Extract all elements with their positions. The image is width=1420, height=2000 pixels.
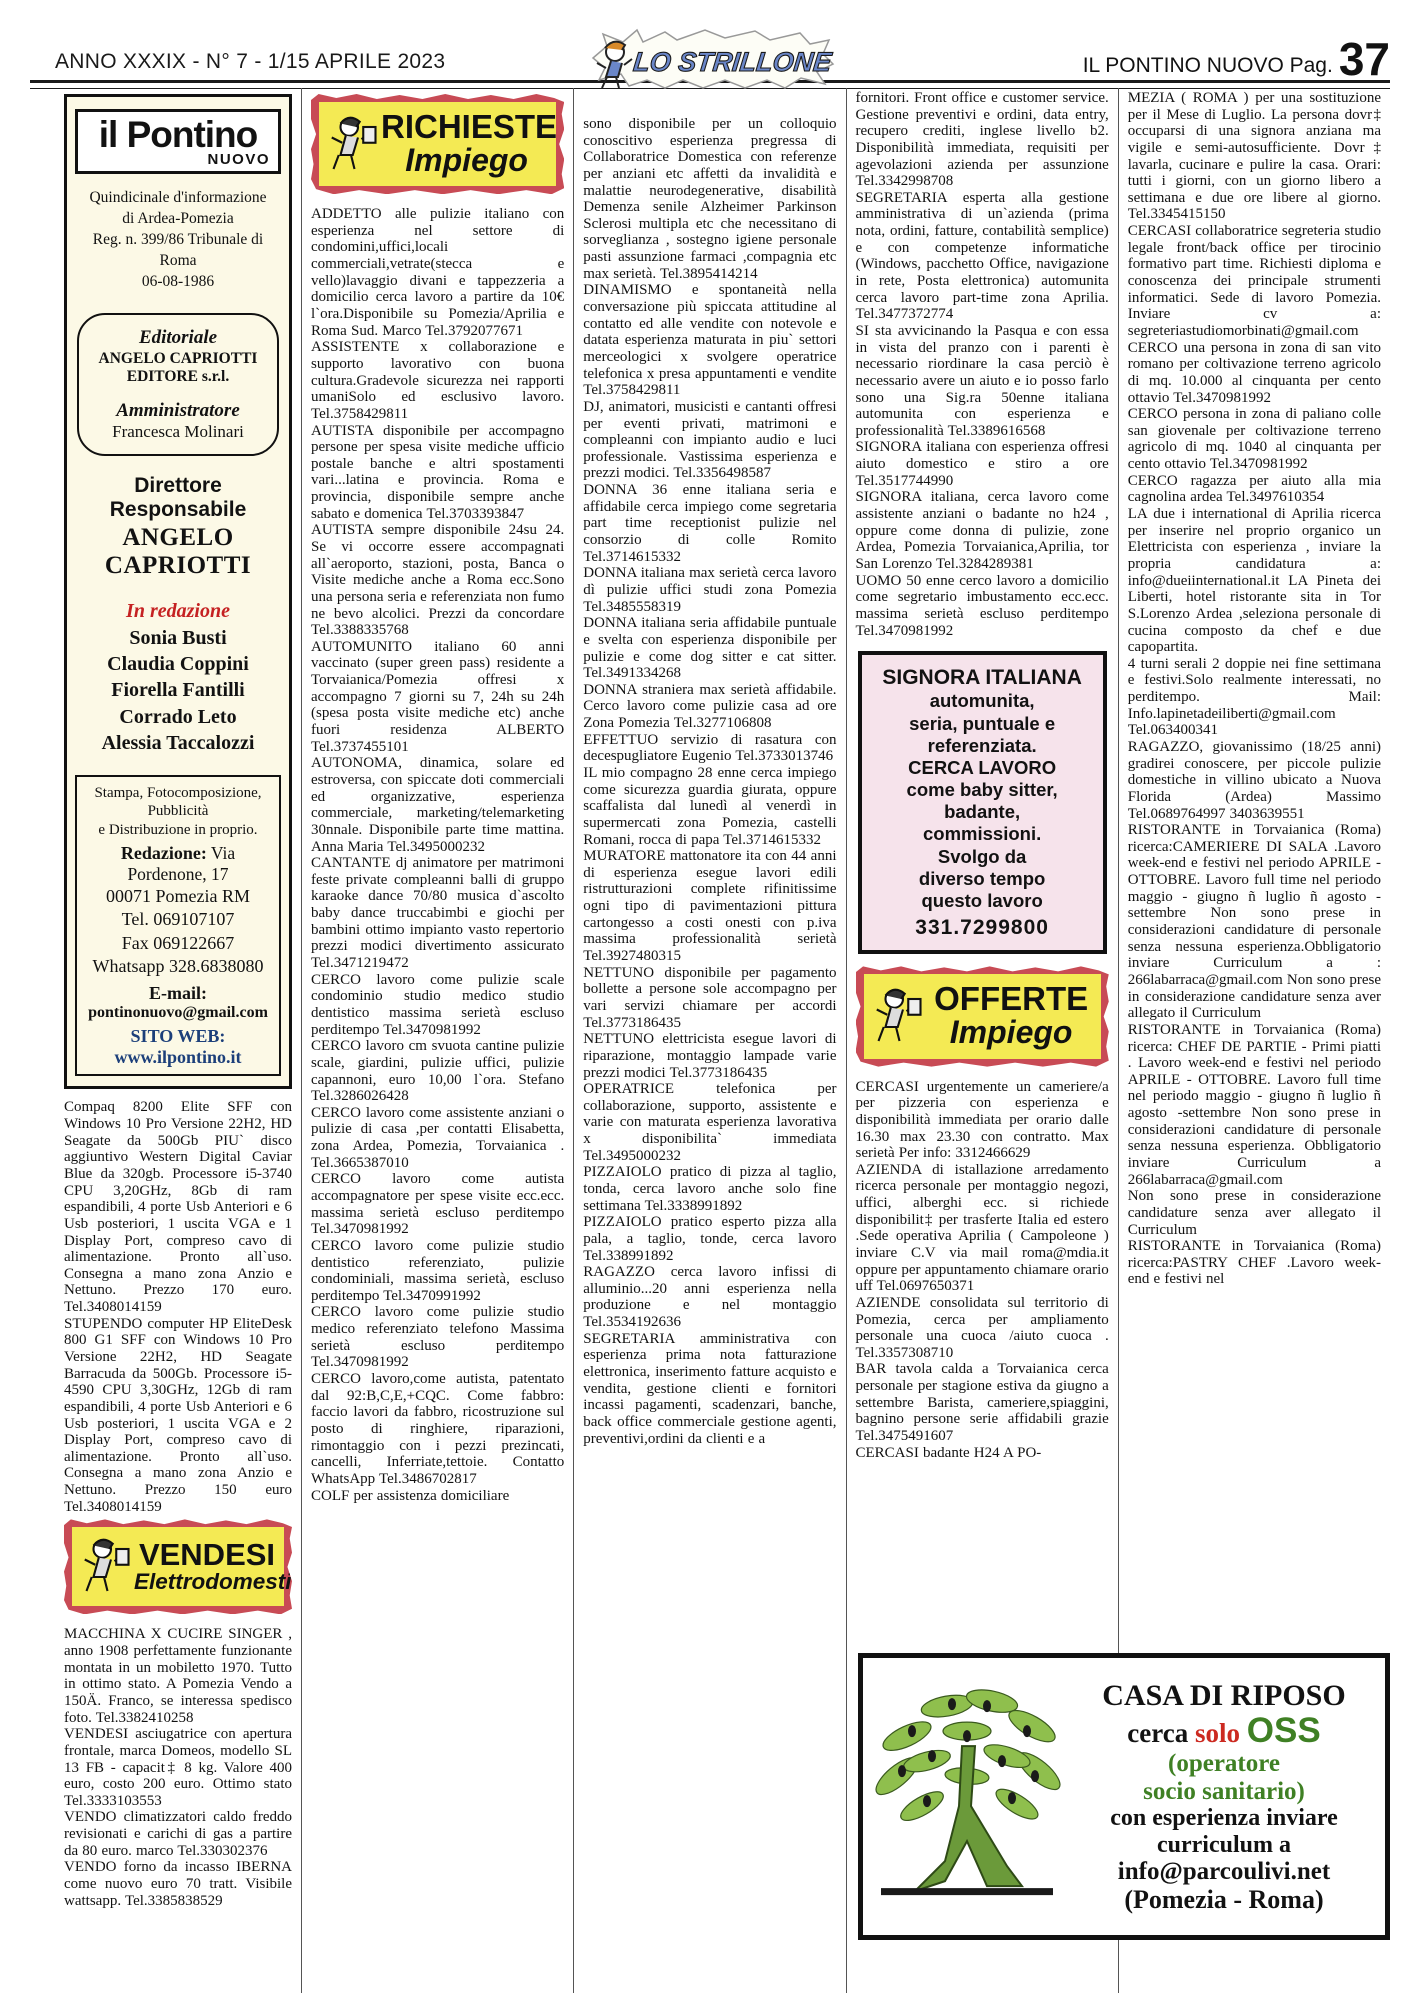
classified-ad: DONNA italiana max serietà cerca lavoro … bbox=[583, 565, 836, 615]
text-line: CERCA LAVORO bbox=[864, 757, 1101, 779]
text-line: referenziata. bbox=[864, 735, 1101, 757]
classified-ad: AUTONOMA, dinamica, solare ed estroversa… bbox=[311, 755, 564, 855]
offerte-impiego-banner: OFFERTE Impiego bbox=[856, 966, 1109, 1066]
casa-oss: OSS bbox=[1247, 1711, 1321, 1750]
casa-ad-cerca-line: cerca solo OSS bbox=[1067, 1712, 1381, 1751]
classified-ad: IL mio compagno 28 enne cerca impiego co… bbox=[583, 765, 836, 848]
classified-ad: RAGAZZO, giovanissimo (18/25 anni) gradi… bbox=[1128, 739, 1381, 822]
classified-ad: SIGNORA italiana, cerca lavoro come assi… bbox=[856, 489, 1109, 572]
banner-title: RICHIESTE bbox=[381, 110, 552, 143]
address-line: Redazione: Via Pordenone, 17 bbox=[80, 843, 276, 885]
casa-email: info@parcoulivi.net bbox=[1067, 1858, 1381, 1886]
text-line: questo lavoro bbox=[864, 890, 1101, 912]
signora-italiana-boxed-ad: SIGNORA ITALIANAautomunita,seria, puntua… bbox=[858, 651, 1107, 954]
casa-ad-text: CASA DI RIPOSO cerca solo OSS (operatore… bbox=[1067, 1679, 1381, 1914]
redazione-label: In redazione bbox=[75, 600, 281, 623]
newsboy-icon bbox=[76, 1535, 132, 1598]
classified-ad: PIZZAIOLO pratico di pizza al taglio, to… bbox=[583, 1164, 836, 1214]
classified-ad: DONNA italiana seria affidabile puntuale… bbox=[583, 615, 836, 682]
logo-text: LO STRILLONE bbox=[632, 46, 834, 77]
classified-ad: AUTISTA disponibile per accompagno perso… bbox=[311, 423, 564, 523]
classified-ad: CERCASI urgentemente un cameriere/a per … bbox=[856, 1079, 1109, 1162]
classified-ad: CERCO lavoro come pulizie studio dentist… bbox=[311, 1238, 564, 1305]
classified-ad: VENDO climatizzatori caldo freddo revisi… bbox=[64, 1809, 292, 1859]
classified-ad: UOMO 50 enne cerco lavoro a domicilio co… bbox=[856, 573, 1109, 640]
casa-cerca: cerca bbox=[1127, 1718, 1188, 1748]
text-line: e Distribuzione in proprio. bbox=[80, 821, 276, 840]
text-line: 331.7299800 bbox=[864, 912, 1101, 940]
newsboy-icon bbox=[868, 985, 924, 1048]
text-line: Stampa, Fotocomposizione, Pubblicità bbox=[80, 784, 276, 822]
admin-label: Amministratore bbox=[83, 400, 273, 422]
email-label: E-mail: bbox=[149, 983, 207, 1003]
text-line: Claudia Coppini bbox=[75, 651, 281, 677]
text-line: di Ardea-Pomezia bbox=[75, 209, 281, 230]
classified-ad: CERCO persona in zona di paliano colle s… bbox=[1128, 406, 1381, 473]
classified-ad: SI sta avvicinando la Pasqua e con essa … bbox=[856, 323, 1109, 439]
banner-subtitle: Impiego bbox=[381, 143, 552, 178]
offerte-banner-text: OFFERTE Impiego bbox=[926, 982, 1097, 1050]
address-lines: 00071 Pomezia RMTel. 069107107Fax 069122… bbox=[80, 885, 276, 979]
text-line: badante, bbox=[864, 801, 1101, 823]
email-value: pontinonuovo@gmail.com bbox=[88, 1004, 268, 1021]
richieste-banner-text: RICHIESTE Impiego bbox=[381, 110, 552, 178]
classified-ad: RAGAZZO cerca lavoro infissi di allumini… bbox=[583, 1264, 836, 1331]
admin-name: Francesca Molinari bbox=[83, 422, 273, 442]
classified-ad: fornitori. Front office e customer servi… bbox=[856, 90, 1109, 190]
col2-ads: ADDETTO alle pulizie italiano con esperi… bbox=[311, 206, 564, 1504]
text-line: Svolgo da bbox=[864, 846, 1101, 868]
vendesi-banner-text: VENDESI Elettrodomestici bbox=[134, 1539, 280, 1595]
classified-ad: CERCO ragazza per aiuto alla mia cagnoli… bbox=[1128, 473, 1381, 506]
banner-subtitle: Elettrodomestici bbox=[134, 1570, 280, 1595]
pontino-logo-title: il Pontino bbox=[86, 116, 270, 153]
classified-ad: ADDETTO alle pulizie italiano con esperi… bbox=[311, 206, 564, 339]
col4-ads-bottom: CERCASI urgentemente un cameriere/a per … bbox=[856, 1079, 1109, 1462]
banner-subtitle: Impiego bbox=[926, 1015, 1097, 1050]
text-line: seria, puntuale e bbox=[864, 713, 1101, 735]
classified-ad: RISTORANTE in Torvaianica (Roma) ricerca… bbox=[1128, 1022, 1381, 1188]
classified-ad: SIGNORA italiana con esperienza offresi … bbox=[856, 439, 1109, 489]
text-line: automunita, bbox=[864, 690, 1101, 712]
website-value: www.ilpontino.it bbox=[114, 1047, 241, 1067]
col1-ads-top: Compaq 8200 Elite SFF con Windows 10 Pro… bbox=[64, 1099, 292, 1515]
text-line: Quindicinale d'informazione bbox=[75, 188, 281, 209]
classified-ad: STUPENDO computer HP EliteDesk 800 G1 SF… bbox=[64, 1316, 292, 1516]
issue-info: ANNO XXXIX - N° 7 - 1/15 APRILE 2023 bbox=[55, 50, 445, 74]
column-2: RICHIESTE Impiego ADDETTO alle pulizie i… bbox=[301, 88, 573, 1993]
classified-ad: AZIENDA di istallazione arredamento rice… bbox=[856, 1162, 1109, 1295]
classified-ad: AUTISTA sempre disponibile 24su 24. Se v… bbox=[311, 522, 564, 638]
vendesi-banner: VENDESI Elettrodomestici bbox=[64, 1519, 292, 1614]
classified-ad: CERCO lavoro,come autista, patentato dal… bbox=[311, 1371, 564, 1487]
classified-ad: Non sono prese in considerazione candida… bbox=[1128, 1188, 1381, 1238]
col5-ads: MEZIA ( ROMA ) per una sostituzione per … bbox=[1128, 90, 1381, 1288]
classified-ad: DONNA 36 enne italiana seria e affidabil… bbox=[583, 482, 836, 565]
classified-ad: NETTUNO elettricista esegue lavori di ri… bbox=[583, 1031, 836, 1081]
print-info-box: Stampa, Fotocomposizione, Pubblicitàe Di… bbox=[75, 775, 281, 1077]
classified-ad: CERCO lavoro come autista accompagnatore… bbox=[311, 1171, 564, 1238]
text-line: come baby sitter, bbox=[864, 779, 1101, 801]
text-line: Alessia Taccalozzi bbox=[75, 730, 281, 756]
classified-ad: CERCO lavoro cm svuota cantine pulizie s… bbox=[311, 1038, 564, 1105]
richieste-impiego-banner: RICHIESTE Impiego bbox=[311, 94, 564, 194]
classified-ad: CERCO lavoro come assistente anziani o p… bbox=[311, 1105, 564, 1172]
classified-ad: VENDO forno da incasso IBERNA come nuovo… bbox=[64, 1859, 292, 1909]
classified-ad: DONNA straniera max serietà affidabile. … bbox=[583, 682, 836, 732]
casa-location: (Pomezia - Roma) bbox=[1067, 1886, 1381, 1915]
text-line: Fiorella Fantilli bbox=[75, 677, 281, 703]
text-line: Tel. 069107107 bbox=[80, 908, 276, 931]
print-lines: Stampa, Fotocomposizione, Pubblicitàe Di… bbox=[80, 784, 276, 840]
olive-tree-image bbox=[867, 1667, 1067, 1925]
classified-ad: SEGRETARIA amministrativa con esperienza… bbox=[583, 1331, 836, 1447]
col1-ads-bottom: MACCHINA X CUCIRE SINGER , anno 1908 per… bbox=[64, 1626, 292, 1909]
classified-ad: Compaq 8200 Elite SFF con Windows 10 Pro… bbox=[64, 1099, 292, 1315]
classified-ad: RISTORANTE in Torvaianica (Roma) ricerca… bbox=[1128, 822, 1381, 1022]
classified-ad: 4 turni serali 2 doppie nei fine settima… bbox=[1128, 656, 1381, 739]
classified-ad: ASSISTENTE x collaborazione e supporto l… bbox=[311, 339, 564, 422]
banner-title: VENDESI bbox=[134, 1539, 280, 1570]
classified-ad: CANTANTE dj animatore per matrimoni fest… bbox=[311, 855, 564, 971]
editorial-label: Editoriale bbox=[83, 327, 273, 349]
text-line: 06-08-1986 bbox=[75, 272, 281, 293]
classified-ad: OPERATRICE telefonica per collaborazione… bbox=[583, 1081, 836, 1164]
column-1: il Pontino NUOVO Quindicinale d'informaz… bbox=[55, 88, 301, 1993]
classified-ad: AZIENDE consolidata sul territorio di Po… bbox=[856, 1295, 1109, 1362]
casa-esperienza-line: con esperienza inviare bbox=[1067, 1805, 1381, 1831]
paper-name-label: IL PONTINO NUOVO Pag. bbox=[1083, 54, 1333, 78]
classified-ad: NETTUNO disponibile per pagamento bollet… bbox=[583, 965, 836, 1032]
classified-ad: MEZIA ( ROMA ) per una sostituzione per … bbox=[1128, 90, 1381, 223]
paper-name: IL PONTINO NUOVO Pag. 37 bbox=[1083, 41, 1390, 78]
classified-ad: LA due i international di Aprilia ricerc… bbox=[1128, 506, 1381, 656]
casa-solo: solo bbox=[1195, 1718, 1240, 1748]
classified-ad: MACCHINA X CUCIRE SINGER , anno 1908 per… bbox=[64, 1626, 292, 1726]
text-line: 00071 Pomezia RM bbox=[80, 885, 276, 908]
text-line: SIGNORA ITALIANA bbox=[864, 665, 1101, 690]
page-number: 37 bbox=[1339, 41, 1390, 78]
classified-ad: CERCASI collaboratrice segreteria studio… bbox=[1128, 223, 1381, 339]
classified-ad: MURATORE mattonatore ita con 44 anni di … bbox=[583, 848, 836, 964]
classified-ad: EFFETTUO servizio di rasatura con decesp… bbox=[583, 732, 836, 765]
website-label: SITO WEB: bbox=[131, 1026, 226, 1046]
classified-ad: VENDESI asciugatrice con apertura fronta… bbox=[64, 1726, 292, 1809]
casa-socio-sanitario: socio sanitario) bbox=[1067, 1778, 1381, 1806]
address-label: Redazione: bbox=[121, 843, 207, 863]
classified-ad: SEGRETARIA esperta alla gestione amminis… bbox=[856, 190, 1109, 323]
classified-ad: CERCO lavoro come pulizie studio medico … bbox=[311, 1304, 564, 1371]
classified-ad: CERCO una persona in zona di san vito ro… bbox=[1128, 340, 1381, 407]
classified-ad: CERCASI badante H24 A PO- bbox=[856, 1445, 1109, 1462]
casa-di-riposo-ad: CASA DI RIPOSO cerca solo OSS (operatore… bbox=[858, 1653, 1390, 1940]
masthead-info: Quindicinale d'informazionedi Ardea-Pome… bbox=[75, 188, 281, 293]
classified-ad: AUTOMUNITO italiano 60 anni vaccinato (s… bbox=[311, 639, 564, 755]
redazione-names: Sonia BustiClaudia CoppiniFiorella Fanti… bbox=[75, 625, 281, 757]
classified-ad: DINAMISMO e spontaneità nella conversazi… bbox=[583, 282, 836, 398]
text-line: Fax 069122667 bbox=[80, 932, 276, 955]
text-line: Corrado Leto bbox=[75, 704, 281, 730]
olive-tree-ground bbox=[881, 1888, 1053, 1895]
masthead-box: il Pontino NUOVO Quindicinale d'informaz… bbox=[64, 94, 292, 1089]
banner-title: OFFERTE bbox=[926, 982, 1097, 1015]
classified-ad: DJ, animatori, musicisti e cantanti offr… bbox=[583, 399, 836, 482]
classified-ad: BAR tavola calda a Torvaianica cerca per… bbox=[856, 1361, 1109, 1444]
director-label: Direttore Responsabile bbox=[75, 474, 281, 522]
editorial-box: Editoriale ANGELO CAPRIOTTI EDITORE s.r.… bbox=[77, 313, 279, 456]
casa-ad-title: CASA DI RIPOSO bbox=[1067, 1679, 1381, 1712]
newspaper-page: ANNO XXXIX - N° 7 - 1/15 APRILE 2023 IL … bbox=[0, 0, 1420, 2000]
email-line: E-mail: pontinonuovo@gmail.com bbox=[80, 983, 276, 1022]
casa-curriculum-line: curriculum a bbox=[1067, 1832, 1381, 1858]
col3-ads: sono disponibile per un colloquio conosc… bbox=[583, 116, 836, 1447]
editorial-name: ANGELO CAPRIOTTI EDITORE s.r.l. bbox=[83, 350, 273, 386]
classified-ad: COLF per assistenza domiciliare bbox=[311, 1488, 564, 1505]
classified-ad: PIZZAIOLO pratico esperto pizza alla pal… bbox=[583, 1214, 836, 1264]
classified-ad: RISTORANTE in Torvaianica (Roma) ricerca… bbox=[1128, 1238, 1381, 1288]
text-line: diverso tempo bbox=[864, 868, 1101, 890]
lo-strillone-logo: LO STRILLONE bbox=[585, 28, 835, 90]
text-line: Whatsapp 328.6838080 bbox=[80, 955, 276, 978]
website-line: SITO WEB: www.ilpontino.it bbox=[80, 1026, 276, 1068]
text-line: Sonia Busti bbox=[75, 625, 281, 651]
classified-ad: CERCO lavoro come pulizie scale condomin… bbox=[311, 972, 564, 1039]
classified-ad: sono disponibile per un colloquio conosc… bbox=[583, 116, 836, 282]
col4-ads-top: fornitori. Front office e customer servi… bbox=[856, 90, 1109, 639]
pontino-logo-box: il Pontino NUOVO bbox=[75, 109, 281, 174]
casa-operatore: (operatore bbox=[1067, 1750, 1381, 1778]
newsboy-icon bbox=[323, 113, 379, 176]
text-line: Reg. n. 399/86 Tribunale di Roma bbox=[75, 230, 281, 272]
director-name: ANGELO CAPRIOTTI bbox=[75, 524, 281, 580]
column-3: sono disponibile per un colloquio conosc… bbox=[573, 88, 845, 1993]
text-line: commissioni. bbox=[864, 823, 1101, 845]
